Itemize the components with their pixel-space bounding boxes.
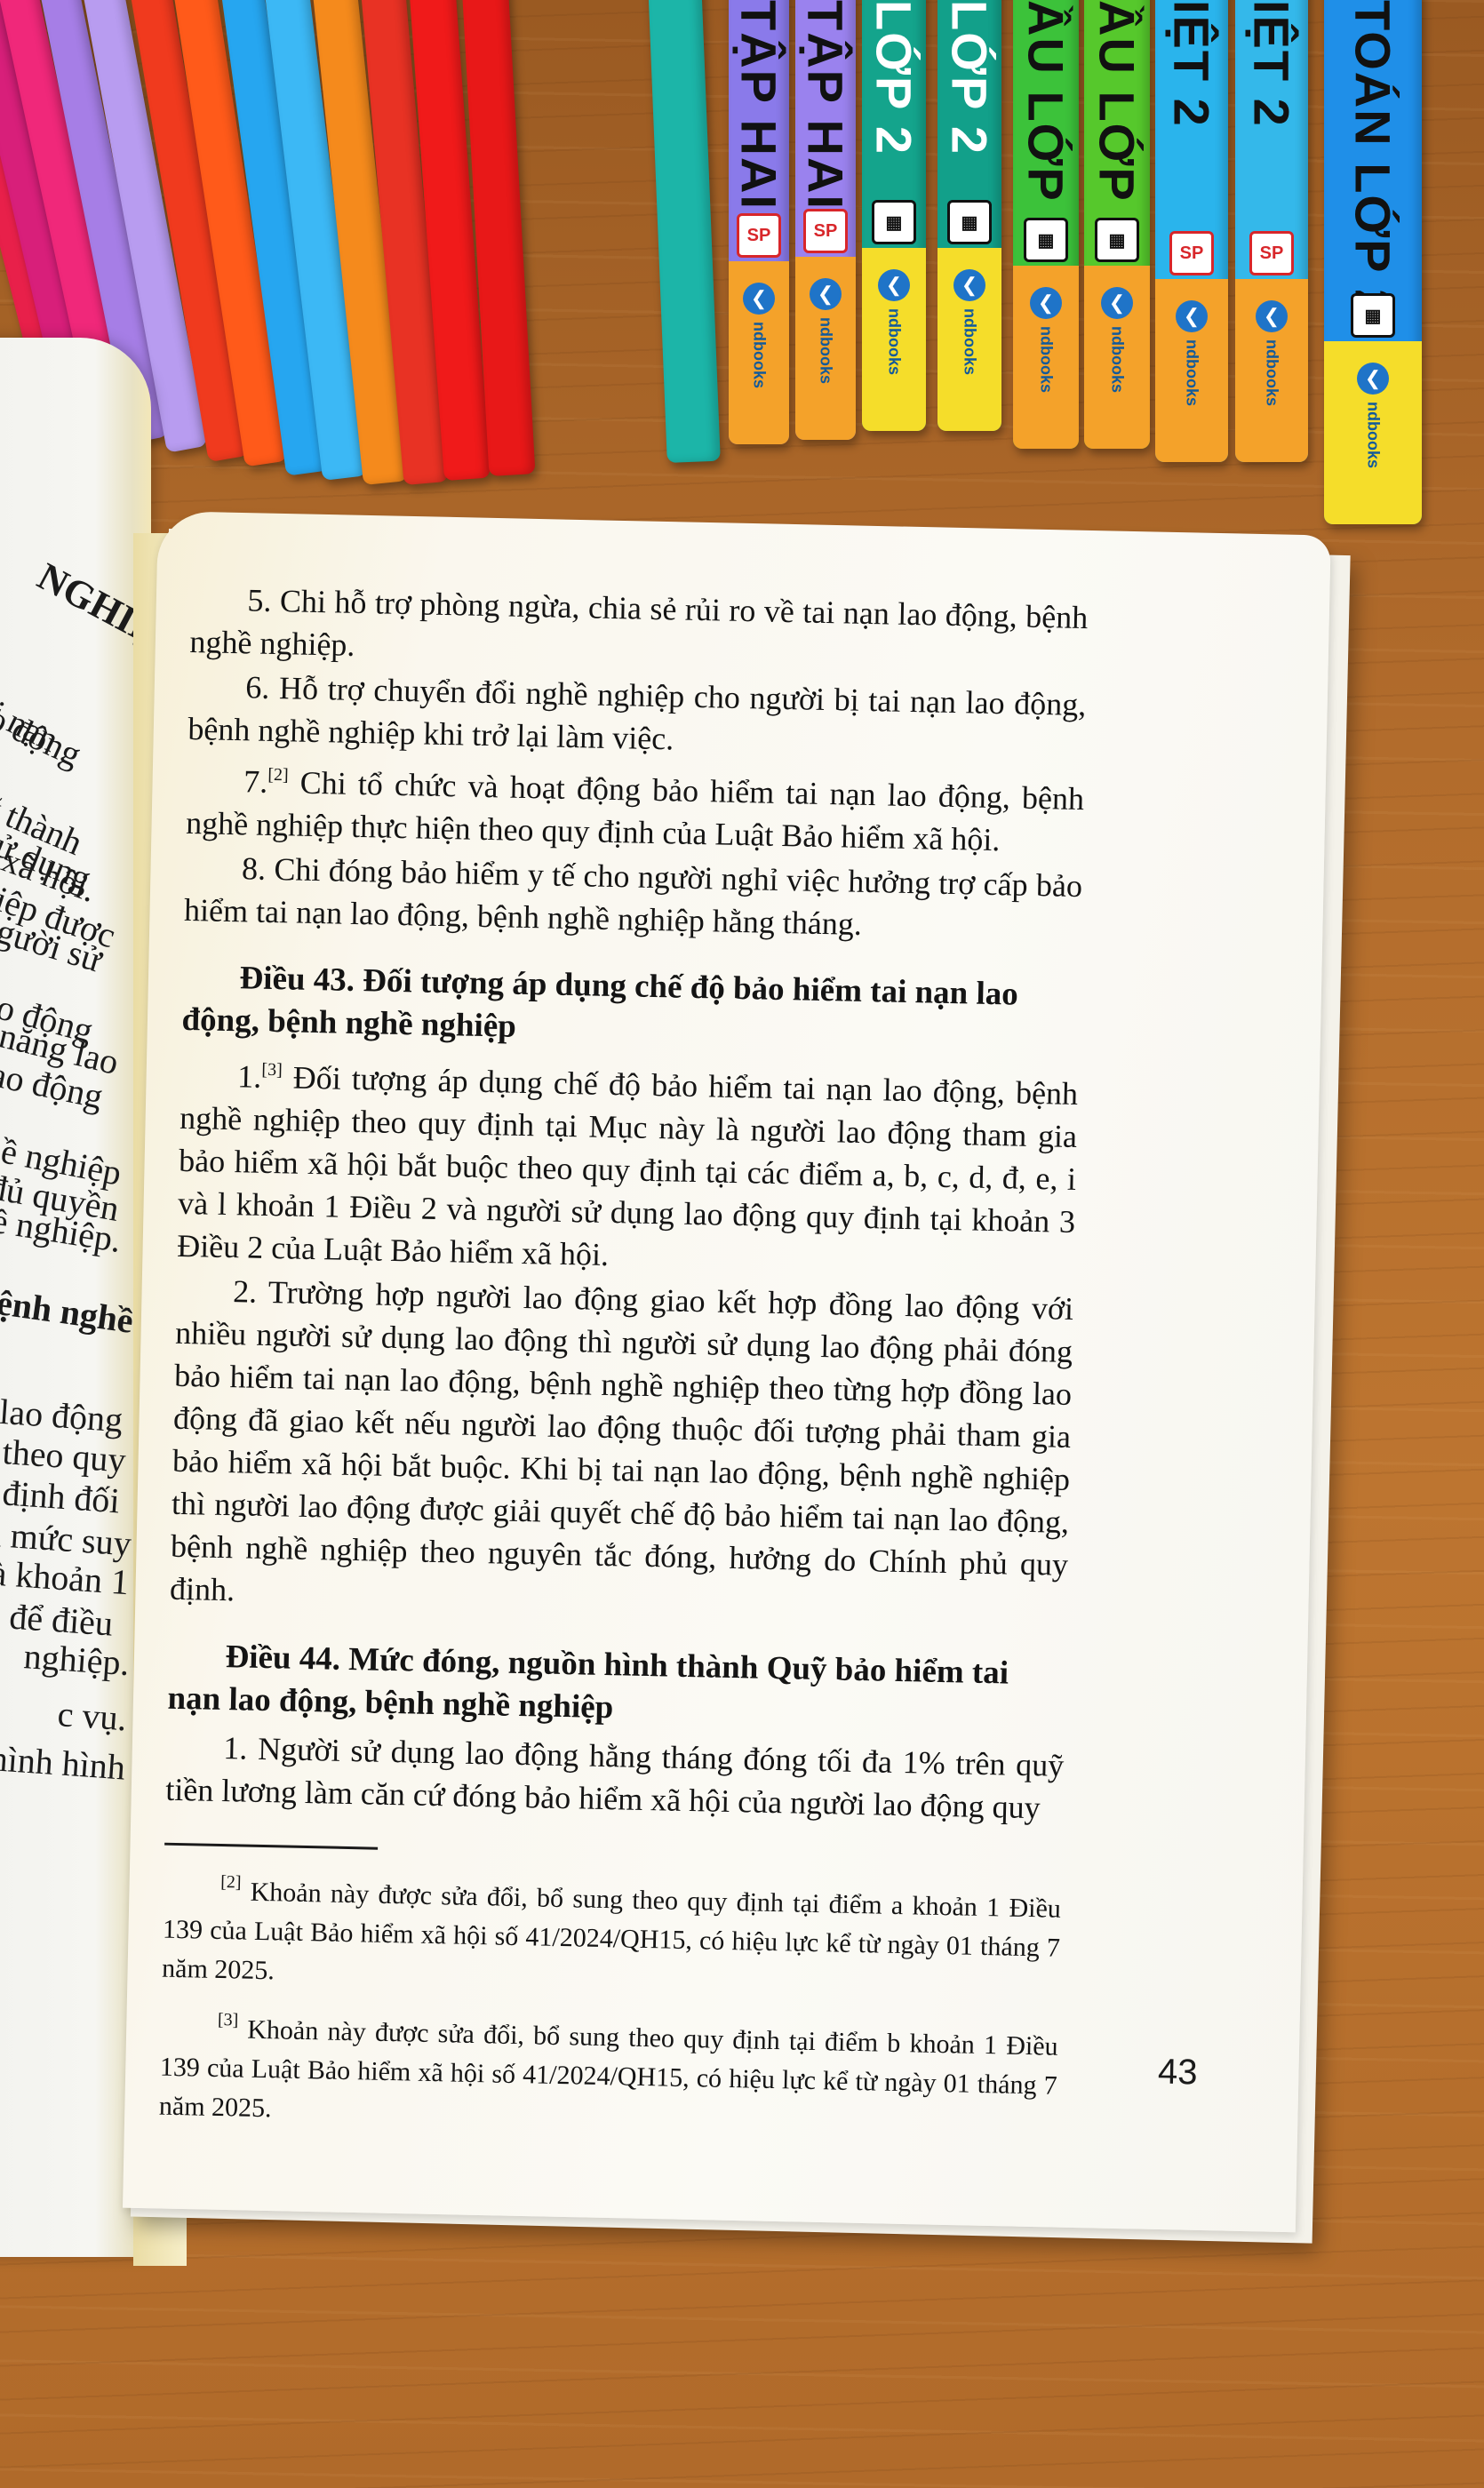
clause-7: 7.[2] Chi tổ chức và hoạt động bảo hiểm … [186, 752, 1085, 863]
publisher-name: ndbooks [817, 317, 835, 384]
left-page-text-fragment: hình hình [0, 1737, 127, 1789]
book-spine: IỆT 2SP❮ndbooks [1235, 0, 1308, 462]
book-spine: TẬP HAISP❮ndbooks [795, 0, 856, 440]
spine-title: IỆT 2 [1163, 0, 1221, 128]
right-page-text: 5. Chi hỗ trợ phòng ngừa, chia sẻ rủi ro… [158, 578, 1089, 2156]
book-spine: LỚP 2▦❮ndbooks [937, 0, 1001, 431]
spine-title: TẬP HAI [797, 0, 855, 211]
publisher-name: ndbooks [1263, 339, 1281, 406]
clause-5: 5. Chi hỗ trợ phòng ngừa, chia sẻ rủi ro… [189, 578, 1089, 682]
page-number: 43 [1158, 2053, 1198, 2093]
publisher-logo-icon: ❮ [810, 278, 842, 310]
clause-text: Chi tổ chức và hoạt động bảo hiểm tai nạ… [186, 764, 1085, 857]
publisher-logo-icon: ❮ [953, 269, 985, 301]
publisher-logo-icon: ❮ [1256, 300, 1288, 332]
footnote-text: Khoản này được sửa đổi, bổ sung theo quy… [159, 2014, 1058, 2123]
publisher-name: ndbooks [750, 322, 769, 388]
spine-title: LỚP 2 [866, 0, 923, 155]
spine-publisher-band: ❮ndbooks [729, 261, 789, 444]
spine-title: TẬP HAI [730, 0, 788, 211]
footnote-3: [3] Khoản này được sửa đổi, bổ sung theo… [158, 1999, 1058, 2145]
article-44-heading: Điều 44. Mức đóng, nguồn hình thành Quỹ … [167, 1635, 1066, 1739]
book-spine: ẦU LỚP 2▦❮ndbooks [1013, 0, 1079, 449]
book-spine: TOÁN LỚP 2▦❮ndbooks [1324, 0, 1422, 524]
clause-text: Đối tượng áp dụng chế độ bảo hiểm tai nạ… [177, 1059, 1079, 1272]
publisher-badge-icon: ▦ [872, 200, 916, 244]
publisher-logo-icon: ❮ [1176, 300, 1208, 332]
spine-publisher-band: ❮ndbooks [1084, 266, 1150, 449]
spine-title: ẦU LỚP 2 [1017, 0, 1075, 246]
left-page-text-fragment: ng, bệnh nghề [0, 1271, 136, 1342]
clause-8: 8. Chi đóng bảo hiểm y tế cho người nghỉ… [184, 846, 1083, 950]
left-page-text-fragment: c vụ. [56, 1693, 128, 1739]
footnote-2: [2] Khoản này được sửa đổi, bổ sung theo… [162, 1862, 1062, 2007]
spine-publisher-band: ❮ndbooks [937, 248, 1001, 431]
article-43-clause-2: 2. Trường hợp người lao động giao kết hợ… [170, 1269, 1074, 1629]
footnote-marker: [3] [218, 2010, 239, 2029]
book-spine: TẬP HAISP❮ndbooks [729, 0, 789, 444]
publisher-badge-icon: ▦ [1024, 218, 1068, 262]
clause-number: 7. [243, 763, 268, 800]
spine-title: ẦU LỚP 2 [1089, 0, 1146, 246]
clause-number: 1. [237, 1058, 262, 1095]
publisher-name: ndbooks [961, 308, 979, 375]
article-43-clause-1: 1.[3] Đối tượng áp dụng chế độ bảo hiểm … [177, 1047, 1079, 1286]
book-spine: ẦU LỚP 2▦❮ndbooks [1084, 0, 1150, 449]
publisher-logo-icon: ❮ [878, 269, 910, 301]
publisher-name: ndbooks [1108, 326, 1127, 393]
footnote-text: Khoản này được sửa đổi, bổ sung theo quy… [162, 1878, 1061, 1986]
footnote-ref-3: [3] [261, 1060, 283, 1080]
article-43-heading: Điều 43. Đối tượng áp dụng chế độ bảo hi… [181, 956, 1081, 1060]
book-spine: LỚP 2▦❮ndbooks [862, 0, 926, 431]
publisher-badge-icon: ▦ [1095, 218, 1139, 262]
publisher-logo-icon: ❮ [743, 283, 775, 315]
publisher-logo-icon: ❮ [1101, 287, 1133, 319]
spine-publisher-band: ❮ndbooks [862, 248, 926, 431]
publisher-logo-icon: ❮ [1030, 287, 1062, 319]
publisher-logo-icon: ❮ [1357, 363, 1389, 395]
spine-publisher-band: ❮ndbooks [795, 257, 856, 440]
footnote-marker: [2] [220, 1872, 242, 1892]
footnote-ref-2: [2] [267, 765, 289, 785]
publisher-badge-icon: SP [1169, 231, 1214, 275]
publisher-badge-icon: ▦ [947, 200, 992, 244]
spine-publisher-band: ❮ndbooks [1324, 341, 1422, 524]
spine-title: IỆT 2 [1243, 0, 1301, 128]
clause-6: 6. Hỗ trợ chuyển đổi nghề nghiệp cho ngư… [187, 665, 1087, 769]
article-44-clause-1: 1. Người sử dụng lao động hằng tháng đón… [165, 1726, 1065, 1830]
book-spine: IỆT 2SP❮ndbooks [1155, 0, 1228, 462]
publisher-badge-icon: SP [737, 213, 781, 258]
spine-publisher-band: ❮ndbooks [1235, 279, 1308, 462]
publisher-badge-icon: ▦ [1351, 293, 1395, 338]
publisher-name: ndbooks [1364, 402, 1383, 468]
left-page-text-fragment: nghiệp. [22, 1635, 131, 1684]
publisher-badge-icon: SP [803, 209, 848, 253]
spine-title: TOÁN LỚP 2 [1344, 0, 1402, 318]
publisher-name: ndbooks [1183, 339, 1201, 406]
spine-publisher-band: ❮ndbooks [1013, 266, 1079, 449]
footnote-divider [164, 1843, 378, 1850]
book-spine [648, 0, 721, 463]
spine-title: LỚP 2 [941, 0, 999, 155]
publisher-name: ndbooks [885, 308, 904, 375]
book-spines-row: TẬP HAISP❮ndbooksTẬP HAISP❮ndbooksLỚP 2▦… [0, 0, 1484, 569]
publisher-name: ndbooks [1037, 326, 1056, 393]
spine-publisher-band: ❮ndbooks [1155, 279, 1228, 462]
left-page-text-fragment: tai nạn lao động [0, 642, 88, 775]
publisher-badge-icon: SP [1249, 231, 1294, 275]
